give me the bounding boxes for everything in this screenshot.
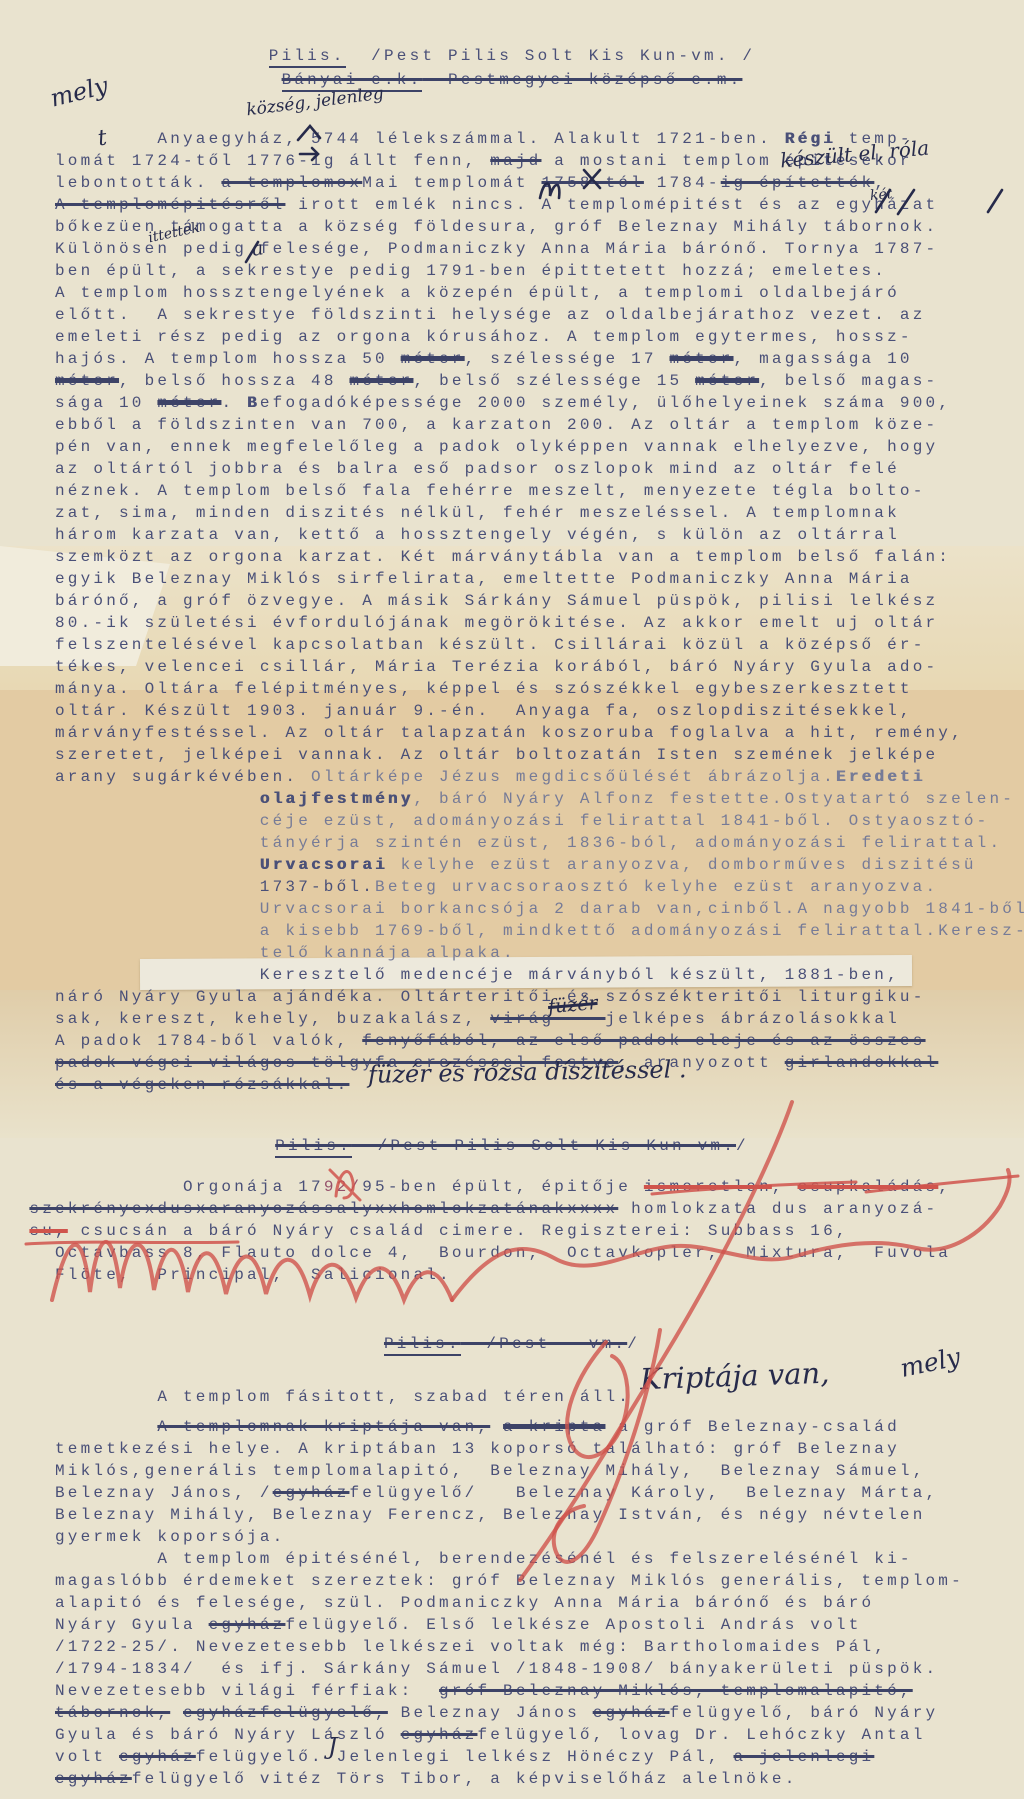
typescript-line: sága 10 méter. Befogadóképessége 2000 sz… xyxy=(55,392,1024,414)
crypt-and-people-paragraphs: A templomnak kriptája van, a kripta a gr… xyxy=(55,1416,964,1790)
typescript-line: ebből a földszinten van 700, a karzaton … xyxy=(55,414,1024,436)
text-segment: sága 10 xyxy=(55,394,157,412)
page-heading: Pilis. /Pest Pilis Solt Kis Kun-vm. /Bán… xyxy=(0,44,1024,92)
text-segment: egyház xyxy=(55,1770,132,1788)
typescript-line: márványfestéssel. Az oltár talapzatán ko… xyxy=(55,722,1024,744)
typescript-line: tányérja szintén ezüst, 1836-ból, adomán… xyxy=(260,832,1024,854)
text-segment: / xyxy=(627,1335,640,1353)
text-segment: felügyelő, báró Nyáry xyxy=(670,1704,939,1722)
text-segment: előtt. A sekrestye földszinti helysége a… xyxy=(55,306,926,324)
text-segment: 1737-ből. xyxy=(260,878,375,896)
text-segment: csupkaládás xyxy=(798,1178,939,1196)
text-segment: olajfestmény xyxy=(260,790,414,808)
text-segment: és a végeken rózsákkal. xyxy=(55,1076,349,1094)
text-segment: egyház xyxy=(593,1704,670,1722)
text-segment: Beteg urvacsoraosztó kelyhe ezüst aranyo… xyxy=(375,878,938,896)
text-segment: egyik Beleznay Miklós sirfelirata, emelt… xyxy=(55,570,913,588)
typescript-line: A templom hossztengelyének a közepén épü… xyxy=(55,282,1024,304)
typescript-line: pén van, ennek megfelelőleg a padok olyk… xyxy=(55,436,1024,458)
typescript-line: Octavbass 8, Flauto dolce 4, Bourdon, Oc… xyxy=(55,1242,951,1264)
text-segment: a kripta xyxy=(503,1418,605,1436)
text-segment: felügyelő vitéz Törs Tibor, a képviselőh… xyxy=(132,1770,798,1788)
typescript-line: Nyáry Gyula egyházfelügyelő. Első lelkés… xyxy=(55,1614,964,1636)
text-segment: / xyxy=(736,1137,749,1155)
text-segment: pén van, ennek megfelelőleg a padok olyk… xyxy=(55,438,938,456)
text-segment: temetkezési helye. A kriptában 13 kopors… xyxy=(55,1440,900,1458)
typescript-line: a kisebb 1769-ből, mindkettő adományozás… xyxy=(260,920,1024,942)
text-segment: fenyőfából, az első padok eleje és az ös… xyxy=(362,1032,925,1050)
text-segment: hajós. A templom hossza 50 xyxy=(55,350,401,368)
typescript-line: céje ezüst, adományozási felirattal 1841… xyxy=(260,810,1024,832)
text-segment: mánya. Oltára felépitményes, képpel és s… xyxy=(55,680,913,698)
text-segment: csucsán a báró Nyáry család cimere. Regi… xyxy=(68,1222,849,1240)
typescript-line: gyermek koporsója. xyxy=(55,1526,964,1548)
typescript-line: Beleznay János, /egyházfelügyelő/ Belezn… xyxy=(55,1482,964,1504)
text-segment: gyermek koporsója. xyxy=(55,1528,285,1546)
text-segment: efogadóképessége 2000 személy, ülőhelyei… xyxy=(260,394,951,412)
text-segment: ismeretlen xyxy=(644,1178,772,1196)
text-segment: lebontották. xyxy=(55,174,221,192)
text-segment: Pilis. xyxy=(275,1137,352,1158)
typescript-line: mánya. Oltára felépitményes, képpel és s… xyxy=(55,678,1024,700)
typescript-line: /1722-25/. Nevezetesebb lelkészei voltak… xyxy=(55,1636,964,1658)
text-segment: három karzata van, kettő a hossztengely … xyxy=(55,526,900,544)
text-segment: /Pest Pilis Solt Kis Kun-vm. xyxy=(352,1137,736,1155)
typescript-line: szemközt az orgona karzat. Két márványtá… xyxy=(55,546,1024,568)
text-segment: Mai templomát xyxy=(362,174,541,192)
body-paragraph-1: Anyaegyház, 5744 lélekszámmal. Alakult 1… xyxy=(55,128,1024,1096)
text-segment: a templomox xyxy=(221,174,362,192)
text-segment: Urvacsorai xyxy=(260,856,388,874)
typescript-line: Nevezetesebb világi férfiak: gróf Belezn… xyxy=(55,1680,964,1702)
text-segment: /Pest - vm. xyxy=(461,1335,627,1353)
typescript-line: hajós. A templom hossza 50 méter, széles… xyxy=(55,348,1024,370)
typescript-line: három karzata van, kettő a hossztengely … xyxy=(55,524,1024,546)
text-segment: jelképes ábrázolásokkal xyxy=(605,1010,899,1028)
text-segment: irott emlék nincs. A templomépitést és a… xyxy=(285,196,938,214)
text-segment: majd xyxy=(490,152,541,170)
text-segment: Gyula és báró Nyáry László xyxy=(55,1726,401,1744)
typescript-line: 1737-ből.Beteg urvacsoraosztó kelyhe ezü… xyxy=(260,876,1024,898)
typescript-line: alapitó és felesége, szül. Podmaniczky A… xyxy=(55,1592,964,1614)
typescript-line: Urvacsorai kelyhe ezüst aranyozva, dombo… xyxy=(260,854,1024,876)
text-segment: Pestmegyei középső e.m. xyxy=(422,71,742,89)
typescript-line: Pilis. /Pest Pilis Solt Kis Kun-vm. / xyxy=(0,44,1024,68)
text-segment: Nevezetesebb világi férfiak: xyxy=(55,1682,439,1700)
typescript-line: egyik Beleznay Miklós sirfelirata, emelt… xyxy=(55,568,1024,590)
text-segment: A templomnak kriptája van, xyxy=(157,1418,490,1436)
typescript-line: Bányai e.k. Pestmegyei középső e.m. xyxy=(0,68,1024,92)
text-segment: méter xyxy=(349,372,413,390)
handwritten-annotation: Kriptája van, xyxy=(640,1359,830,1395)
text-segment: gróf Beleznay Miklós, templomalapitó, xyxy=(439,1682,913,1700)
text-segment: Beleznay János xyxy=(388,1704,593,1722)
typescript-line: Keresztelő medencéje márványból készült,… xyxy=(260,964,1024,986)
text-segment: A templom fásitott, szabad téren áll. xyxy=(157,1388,631,1406)
text-segment: Beleznay János, / xyxy=(55,1484,273,1502)
typescript-line: Miklós,generális templomalapitó, Belezna… xyxy=(55,1460,964,1482)
text-segment: A padok 1784-ből valók, xyxy=(55,1032,362,1050)
text-segment: , xyxy=(772,1178,798,1196)
typescript-line: méter, belső hossza 48 méter, belső szél… xyxy=(55,370,1024,392)
text-segment: 95-ben épült, épitője xyxy=(362,1178,644,1196)
typescript-line: bárónő, a gróf özvegye. A másik Sárkány … xyxy=(55,590,1024,612)
text-segment: 1758-tól xyxy=(541,174,643,192)
text-segment: /1794-1834/ és ifj. Sárkány Sámuel /1848… xyxy=(55,1660,938,1678)
text-segment: su, xyxy=(29,1222,67,1240)
text-segment: alapitó és felesége, szül. Podmaniczky A… xyxy=(55,1594,874,1612)
typescript-line: Gyula és báró Nyáry László egyházfelügye… xyxy=(55,1724,964,1746)
typescript-line: Beleznay Mihály, Beleznay Ferencz, Belez… xyxy=(55,1504,964,1526)
text-segment: Orgonája 17 xyxy=(183,1178,324,1196)
text-segment: kelyhe ezüst aranyozva, domborműves disz… xyxy=(388,856,977,874)
text-segment: náró Nyáry Gyula ajándéka. Oltárteritői … xyxy=(55,988,926,1006)
text-segment: tányérja szintén ezüst, 1836-ból, adomán… xyxy=(260,834,1003,852)
text-segment: A templomépitésről xyxy=(55,196,285,214)
text-segment: céje ezüst, adományozási felirattal 1841… xyxy=(260,812,990,830)
text-segment: Octavbass 8, Flauto dolce 4, Bourdon, Oc… xyxy=(55,1244,951,1262)
typescript-line: /1794-1834/ és ifj. Sárkány Sámuel /1848… xyxy=(55,1658,964,1680)
typescript-line: náró Nyáry Gyula ajándéka. Oltárteritői … xyxy=(55,986,1024,1008)
text-segment: Urvacsorai borkancsója 2 darab van,cinbő… xyxy=(260,900,1024,918)
text-segment: méter xyxy=(695,372,759,390)
text-segment: , belső hossza 48 xyxy=(119,372,349,390)
text-segment: egyház xyxy=(273,1484,350,1502)
text-segment: /1722-25/. Nevezetesebb lelkészei voltak… xyxy=(55,1638,887,1656)
text-segment: magaslóbb érdemeket szereztek: gróf Bele… xyxy=(55,1572,964,1590)
text-segment: ig építették xyxy=(721,174,875,192)
text-segment: márványfestéssel. Az oltár talapzatán ko… xyxy=(55,724,964,742)
typescript-line: szekrényexdusxaranyozássalyxxhomlokzatán… xyxy=(29,1198,951,1220)
text-segment: tékes, velencei csillár, Mária Terézia k… xyxy=(55,658,938,676)
handwritten-annotation: füzér és rózsa díszítéssel . xyxy=(368,1057,687,1087)
text-segment: méter xyxy=(157,394,221,412)
text-segment: néznek. A templom belső fala fehérre mes… xyxy=(55,482,926,500)
text-segment: 80.-ik születési évfordulójának megöröki… xyxy=(55,614,938,632)
text-segment: A templom épitésénél, berendezésénél és … xyxy=(157,1550,912,1568)
text-segment: A templom hossztengelyének a közepén épü… xyxy=(55,284,900,302)
typescript-line: Pilis. /Pest Pilis Solt Kis Kun-vm./ xyxy=(0,1134,1024,1158)
text-segment: Flöte, Principal, Salicional. xyxy=(55,1266,452,1284)
handwritten-annotation: J xyxy=(328,1736,337,1759)
typescript-line: előtt. A sekrestye földszinti helysége a… xyxy=(55,304,1024,326)
text-segment: egyház xyxy=(209,1616,286,1634)
typescript-line: egyházfelügyelő vitéz Törs Tibor, a képv… xyxy=(55,1768,964,1790)
text-segment: tábornok, xyxy=(55,1704,170,1722)
typescript-line: 80.-ik születési évfordulójának megöröki… xyxy=(55,612,1024,634)
typescript-line: zat, sima, minden diszités nélkül, fehér… xyxy=(55,502,1024,524)
text-segment: egyházfelügyelő, xyxy=(183,1704,388,1722)
typescript-line: Flöte, Principal, Salicional. xyxy=(55,1264,951,1286)
typescript-line: volt egyházfelügyelő. Jelenlegi lelkész … xyxy=(55,1746,964,1768)
text-segment: , magassága 10 xyxy=(734,350,913,368)
text-segment: méter xyxy=(55,372,119,390)
text-segment: /Pest Pilis Solt Kis Kun-vm. / xyxy=(346,47,756,65)
typescript-line: Urvacsorai borkancsója 2 darab van,cinbő… xyxy=(260,898,1024,920)
text-segment: Pilis. xyxy=(269,47,346,68)
typescript-line: A templomnak kriptája van, a kripta a gr… xyxy=(157,1416,964,1438)
handwritten-annotation: füzér xyxy=(547,994,598,1017)
text-segment: a kisebb 1769-ből, mindkettő adományozás… xyxy=(260,922,1024,940)
text-segment: egyház xyxy=(119,1748,196,1766)
text-segment: girlandokkal xyxy=(785,1054,939,1072)
typescript-line: felszentelésével kapcsolatban készült. C… xyxy=(55,634,1024,656)
typescript-line: szeretet, jelképei vannak. Az oltár bolt… xyxy=(55,744,1024,766)
typescript-line: su, csucsán a báró Nyáry család cimere. … xyxy=(29,1220,951,1242)
text-segment: felügyelő. Első lelkésze Apostoli András… xyxy=(285,1616,861,1634)
text-segment: . xyxy=(221,394,247,412)
text-segment: szemközt az orgona karzat. Két márványtá… xyxy=(55,548,951,566)
text-segment: felszentelésével kapcsolatban készült. C… xyxy=(55,636,926,654)
text-segment: oltár. Készült 1903. január 9.-én. Anyag… xyxy=(55,702,913,720)
text-segment: a gróf Beleznay-család xyxy=(605,1418,899,1436)
typescript-line: az oltártól jobbra és balra eső padsor o… xyxy=(55,458,1024,480)
text-segment: , belső magas- xyxy=(759,372,938,390)
text-segment: felügyelő/ Beleznay Károly, Beleznay Már… xyxy=(349,1484,938,1502)
text-segment: emeleti rész pedig az orgona kórusához. … xyxy=(55,328,913,346)
typescript-line: tékes, velencei csillár, Mária Terézia k… xyxy=(55,656,1024,678)
typescript-line: oltár. Készült 1903. január 9.-én. Anyag… xyxy=(55,700,1024,722)
text-segment: a jelenlegi xyxy=(734,1748,875,1766)
text-segment: Pilis. xyxy=(384,1335,461,1356)
text-segment: egyház xyxy=(401,1726,478,1744)
text-segment: felügyelő. Jelenlegi lelkész Hönéczy Pál… xyxy=(196,1748,734,1766)
text-segment: Anyaegyház, 5744 lélekszámmal. Alakult 1… xyxy=(157,130,784,148)
text-segment: Miklós,generális templomalapitó, Belezna… xyxy=(55,1462,926,1480)
text-segment: lomát 1724-től 1776-ig állt fenn, xyxy=(55,152,490,170)
text-segment: telő kannája alpaka. xyxy=(260,944,516,962)
text-segment: sak, kereszt, kehely, buzakalász, xyxy=(55,1010,490,1028)
typescript-line: A padok 1784-ből valók, fenyőfából, az e… xyxy=(55,1030,1024,1052)
text-segment: volt xyxy=(55,1748,119,1766)
text-segment: felügyelő, lovag Dr. Lehóczky Antal xyxy=(477,1726,925,1744)
typescript-line: Pilis. /Pest - vm./ xyxy=(0,1332,1024,1356)
church-site-line: A templom fásitott, szabad téren áll. xyxy=(55,1386,631,1408)
typescript-line: néznek. A templom belső fala fehérre mes… xyxy=(55,480,1024,502)
text-segment: , szélessége 17 xyxy=(465,350,670,368)
text-segment: méter xyxy=(401,350,465,368)
text-segment: szeretet, jelképei vannak. Az oltár bolt… xyxy=(55,746,938,764)
typescript-line: sak, kereszt, kehely, buzakalász, virág … xyxy=(55,1008,1024,1030)
struck-heading-2: Pilis. /Pest Pilis Solt Kis Kun-vm./ xyxy=(0,1134,1024,1158)
typescript-line: ben épült, a sekrestye pedig 1791-ben ép… xyxy=(55,260,1024,282)
text-segment: szekrényexdusxaranyozássalyxxhomlokzatán… xyxy=(29,1200,618,1218)
text-segment: , belső szélessége 15 xyxy=(413,372,695,390)
text-segment xyxy=(170,1704,183,1722)
text-segment: arany sugárkévében. xyxy=(55,768,311,786)
text-segment: , báró Nyáry Alfonz festette.Ostyatartó … xyxy=(413,790,1015,808)
typescript-line: Orgonája 1792/95-ben épült, épitője isme… xyxy=(183,1176,951,1198)
typescript-line: emeleti rész pedig az orgona kórusához. … xyxy=(55,326,1024,348)
text-segment: Keresztelő medencéje márványból készült,… xyxy=(260,966,900,984)
text-segment: 1784- xyxy=(644,174,721,192)
handwritten-annotation: két xyxy=(869,187,893,203)
text-segment: B xyxy=(247,394,260,412)
text-segment: bárónő, a gróf özvegye. A másik Sárkány … xyxy=(55,592,938,610)
typescript-line: A templom épitésénél, berendezésénél és … xyxy=(157,1548,964,1570)
struck-heading-3: Pilis. /Pest - vm./ xyxy=(0,1332,1024,1356)
text-segment: méter xyxy=(670,350,734,368)
text-segment: Különösen pedig felesége, Podmaniczky An… xyxy=(55,240,938,258)
typescript-line: tábornok, egyházfelügyelő, Beleznay Jáno… xyxy=(55,1702,964,1724)
typescript-line: magaslóbb érdemeket szereztek: gróf Bele… xyxy=(55,1570,964,1592)
typescript-line: temetkezési helye. A kriptában 13 kopors… xyxy=(55,1438,964,1460)
typescript-line: Különösen pedig felesége, Podmaniczky An… xyxy=(55,238,1024,260)
text-segment: Oltárképe Jézus megdicsőülését ábrázolja… xyxy=(311,768,836,786)
typescript-line: A templom fásitott, szabad téren áll. xyxy=(157,1386,631,1408)
text-segment: zat, sima, minden diszités nélkül, fehér… xyxy=(55,504,900,522)
text-segment: az oltártól jobbra és balra eső padsor o… xyxy=(55,460,900,478)
text-segment: 92/ xyxy=(324,1178,362,1196)
organ-paragraph: Orgonája 1792/95-ben épült, épitője isme… xyxy=(55,1176,951,1286)
text-segment: Beleznay Mihály, Beleznay Ferencz, Belez… xyxy=(55,1506,926,1524)
typescript-line: olajfestmény, báró Nyáry Alfonz festette… xyxy=(260,788,1024,810)
text-segment: ebből a földszinten van 700, a karzaton … xyxy=(55,416,938,434)
document-page: Pilis. /Pest Pilis Solt Kis Kun-vm. /Bán… xyxy=(0,0,1024,1799)
text-segment: ben épült, a sekrestye pedig 1791-ben ép… xyxy=(55,262,887,280)
text-segment: homlokzata dus aranyozá- xyxy=(618,1200,938,1218)
typescript-line: telő kannája alpaka. xyxy=(260,942,1024,964)
typescript-line: arany sugárkévében. Oltárképe Jézus megd… xyxy=(55,766,1024,788)
text-segment xyxy=(490,1418,503,1436)
text-segment: Eredeti xyxy=(836,768,926,786)
text-segment: Nyáry Gyula xyxy=(55,1616,209,1634)
text-segment: , xyxy=(938,1178,951,1196)
